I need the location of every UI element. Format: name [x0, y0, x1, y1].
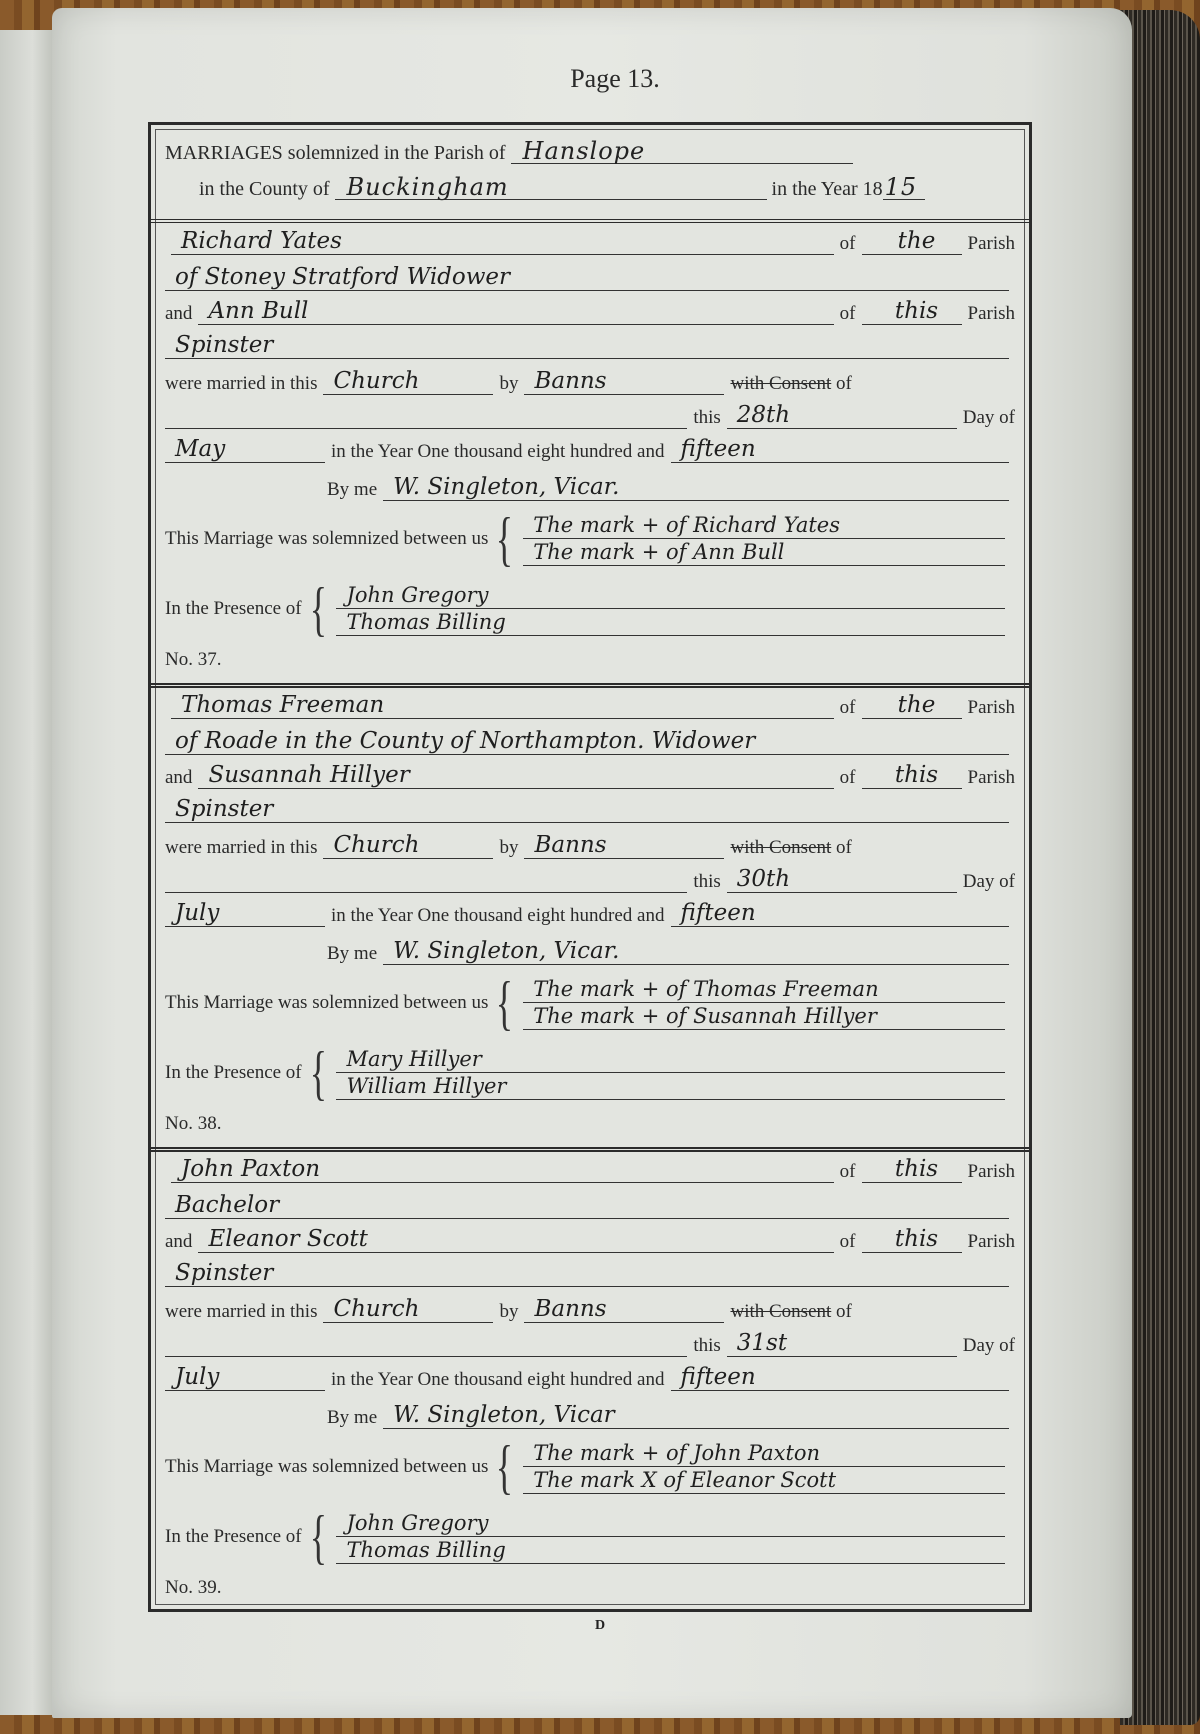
marriage-entry: Richard Yates of the Parish of Stoney St…	[151, 219, 1029, 688]
parish-label: Parish	[968, 1231, 1016, 1253]
groom-parish-word: the	[862, 229, 962, 255]
witness-lines: John Gregory Thomas Billing	[336, 1510, 1015, 1565]
county-name: Buckingham	[335, 175, 767, 200]
brace-icon: {	[309, 1507, 326, 1567]
officiant-row: By me W. Singleton, Vicar.	[327, 939, 1015, 965]
year-row: May in the Year One thousand eight hundr…	[165, 437, 1015, 463]
parish-label: Parish	[968, 697, 1016, 719]
brace-icon: {	[496, 509, 513, 569]
month: July	[165, 1365, 325, 1391]
of-label: of	[836, 837, 852, 859]
witness-2: William Hillyer	[336, 1073, 1005, 1100]
witness-1: John Gregory	[336, 582, 1005, 609]
married-row: were married in this Church by Banns wit…	[165, 1297, 1015, 1323]
consent-of	[165, 892, 687, 893]
signature-lines: The mark + of Richard Yates The mark + o…	[523, 512, 1015, 567]
bride-name: Eleanor Scott	[198, 1227, 833, 1253]
page-number: Page 13.	[0, 64, 1200, 94]
of-label: of	[840, 767, 856, 789]
officiant: W. Singleton, Vicar.	[383, 939, 1009, 965]
with-consent-label: with Consent	[730, 1301, 831, 1323]
groom-row: Thomas Freeman of the Parish	[165, 693, 1015, 719]
year-words: fifteen	[671, 1365, 1010, 1391]
groom-detail: of Stoney Stratford Widower	[165, 265, 1009, 291]
groom-detail: of Roade in the County of Northampton. W…	[165, 729, 1009, 755]
by-label: by	[499, 1301, 518, 1323]
groom-detail: Bachelor	[165, 1193, 1009, 1219]
witnesses: In the Presence of { John Gregory Thomas…	[165, 579, 1015, 639]
signature-lines: The mark + of John Paxton The mark X of …	[523, 1440, 1015, 1495]
day-of-label: Day of	[963, 1335, 1015, 1357]
signature-groom: The mark + of Thomas Freeman	[523, 976, 1005, 1003]
marriage-entry: Thomas Freeman of the Parish of Roade in…	[151, 683, 1029, 1152]
bride-status: Spinster	[165, 1261, 1009, 1287]
witness-1: John Gregory	[336, 1510, 1005, 1537]
by-label: by	[499, 837, 518, 859]
and-label: and	[165, 767, 192, 789]
signature-bride: The mark + of Ann Bull	[523, 539, 1005, 566]
groom-detail-row: of Roade in the County of Northampton. W…	[165, 729, 1015, 755]
of-label: of	[840, 697, 856, 719]
brace-icon: {	[309, 579, 326, 639]
groom-detail-row: Bachelor	[165, 1193, 1015, 1219]
and-label: and	[165, 1231, 192, 1253]
day-row: this 28th Day of	[165, 403, 1015, 429]
bride-row: and Ann Bull of this Parish	[165, 299, 1015, 325]
witness-lines: Mary Hillyer William Hillyer	[336, 1046, 1015, 1101]
day-row: this 31st Day of	[165, 1331, 1015, 1357]
presence-label: In the Presence of	[165, 1526, 302, 1548]
officiant: W. Singleton, Vicar.	[383, 475, 1009, 501]
parties-signatures: This Marriage was solemnized between us …	[165, 1437, 1015, 1497]
witnesses: In the Presence of { Mary Hillyer Willia…	[165, 1043, 1015, 1103]
this-label: this	[693, 1335, 720, 1357]
place: Church	[323, 1297, 493, 1323]
brace-icon: {	[496, 973, 513, 1033]
this-label: this	[693, 871, 720, 893]
brace-icon: {	[496, 1437, 513, 1497]
entry-number: No. 39.	[165, 1577, 221, 1599]
were-married-label: were married in this	[165, 373, 317, 395]
in-year-label: in the Year One thousand eight hundred a…	[331, 441, 665, 463]
bride-status-row: Spinster	[165, 333, 1015, 359]
consent-of	[165, 1356, 687, 1357]
marriage-register-frame: MARRIAGES solemnized in the Parish of Ha…	[148, 122, 1032, 1612]
method: Banns	[524, 833, 724, 859]
officiant: W. Singleton, Vicar	[383, 1403, 1009, 1429]
bride-status-row: Spinster	[165, 1261, 1015, 1287]
year-suffix: 15	[883, 175, 925, 200]
month: July	[165, 901, 325, 927]
method: Banns	[524, 1297, 724, 1323]
solemnized-label: This Marriage was solemnized between us	[165, 992, 488, 1014]
bride-status: Spinster	[165, 333, 1009, 359]
in-year-label: in the Year One thousand eight hundred a…	[331, 905, 665, 927]
with-consent-label: with Consent	[730, 837, 831, 859]
by-label: by	[499, 373, 518, 395]
day-row: this 30th Day of	[165, 867, 1015, 893]
parish-label: Parish	[968, 233, 1016, 255]
register-header: MARRIAGES solemnized in the Parish of Ha…	[151, 125, 1029, 223]
with-consent-label: with Consent	[730, 373, 831, 395]
day: 31st	[727, 1331, 957, 1357]
witness-2: Thomas Billing	[336, 1537, 1005, 1564]
officiant-row: By me W. Singleton, Vicar.	[327, 475, 1015, 501]
year-words: fifteen	[671, 901, 1010, 927]
marriage-entry: John Paxton of this Parish Bachelor and …	[151, 1147, 1029, 1611]
year-row: July in the Year One thousand eight hund…	[165, 901, 1015, 927]
day: 28th	[727, 403, 957, 429]
bride-status: Spinster	[165, 797, 1009, 823]
county-prefix: in the County of	[199, 178, 330, 200]
day-of-label: Day of	[963, 407, 1015, 429]
entry-number: No. 38.	[165, 1113, 221, 1135]
parties-signatures: This Marriage was solemnized between us …	[165, 509, 1015, 569]
signature-bride: The mark + of Susannah Hillyer	[523, 1003, 1005, 1030]
groom-row: John Paxton of this Parish	[165, 1157, 1015, 1183]
entry-number: No. 37.	[165, 649, 221, 671]
parish-label: Parish	[968, 1161, 1016, 1183]
married-row: were married in this Church by Banns wit…	[165, 369, 1015, 395]
signature-groom: The mark + of John Paxton	[523, 1440, 1005, 1467]
facing-page-edge	[0, 30, 56, 1715]
bride-status-row: Spinster	[165, 797, 1015, 823]
groom-name: Richard Yates	[171, 229, 834, 255]
signature-bride: The mark X of Eleanor Scott	[523, 1467, 1005, 1494]
header-prefix: MARRIAGES solemnized in the Parish of	[165, 142, 506, 164]
bride-row: and Eleanor Scott of this Parish	[165, 1227, 1015, 1253]
header-line-2: in the County of Buckingham in the Year …	[199, 175, 925, 201]
place: Church	[323, 369, 493, 395]
witness-1: Mary Hillyer	[336, 1046, 1005, 1073]
by-me-label: By me	[327, 1407, 377, 1429]
officiant-row: By me W. Singleton, Vicar	[327, 1403, 1015, 1429]
bride-parish-word: this	[862, 1227, 962, 1253]
place: Church	[323, 833, 493, 859]
of-label: of	[840, 1161, 856, 1183]
parish-label: Parish	[968, 303, 1016, 325]
year-row: July in the Year One thousand eight hund…	[165, 1365, 1015, 1391]
month: May	[165, 437, 325, 463]
method: Banns	[524, 369, 724, 395]
groom-detail-row: of Stoney Stratford Widower	[165, 265, 1015, 291]
day: 30th	[727, 867, 957, 893]
solemnized-label: This Marriage was solemnized between us	[165, 1456, 488, 1478]
signature-groom: The mark + of Richard Yates	[523, 512, 1005, 539]
of-label: of	[840, 233, 856, 255]
year-words: fifteen	[671, 437, 1010, 463]
book-page-edges	[1120, 10, 1200, 1725]
parish-label: Parish	[968, 767, 1016, 789]
witnesses: In the Presence of { John Gregory Thomas…	[165, 1507, 1015, 1567]
witness-lines: John Gregory Thomas Billing	[336, 582, 1015, 637]
year-prefix: in the Year 18	[772, 178, 883, 200]
groom-name: John Paxton	[171, 1157, 834, 1183]
bride-name: Ann Bull	[198, 299, 833, 325]
by-me-label: By me	[327, 479, 377, 501]
consent-of	[165, 428, 687, 429]
bride-parish-word: this	[862, 763, 962, 789]
parish-name: Hanslope	[511, 139, 853, 164]
of-label: of	[836, 1301, 852, 1323]
in-year-label: in the Year One thousand eight hundred a…	[331, 1369, 665, 1391]
signature-lines: The mark + of Thomas Freeman The mark + …	[523, 976, 1015, 1031]
printer-signature-mark: D	[0, 1618, 1200, 1634]
parties-signatures: This Marriage was solemnized between us …	[165, 973, 1015, 1033]
header-line-1: MARRIAGES solemnized in the Parish of Ha…	[165, 139, 853, 165]
this-label: this	[693, 407, 720, 429]
day-of-label: Day of	[963, 871, 1015, 893]
were-married-label: were married in this	[165, 837, 317, 859]
were-married-label: were married in this	[165, 1301, 317, 1323]
presence-label: In the Presence of	[165, 598, 302, 620]
presence-label: In the Presence of	[165, 1062, 302, 1084]
married-row: were married in this Church by Banns wit…	[165, 833, 1015, 859]
bride-parish-word: this	[862, 299, 962, 325]
of-label: of	[840, 303, 856, 325]
by-me-label: By me	[327, 943, 377, 965]
of-label: of	[840, 1231, 856, 1253]
groom-row: Richard Yates of the Parish	[165, 229, 1015, 255]
of-label: of	[836, 373, 852, 395]
bride-row: and Susannah Hillyer of this Parish	[165, 763, 1015, 789]
witness-2: Thomas Billing	[336, 609, 1005, 636]
bride-name: Susannah Hillyer	[198, 763, 833, 789]
groom-parish-word: this	[862, 1157, 962, 1183]
groom-parish-word: the	[862, 693, 962, 719]
brace-icon: {	[309, 1043, 326, 1103]
groom-name: Thomas Freeman	[171, 693, 834, 719]
and-label: and	[165, 303, 192, 325]
solemnized-label: This Marriage was solemnized between us	[165, 528, 488, 550]
